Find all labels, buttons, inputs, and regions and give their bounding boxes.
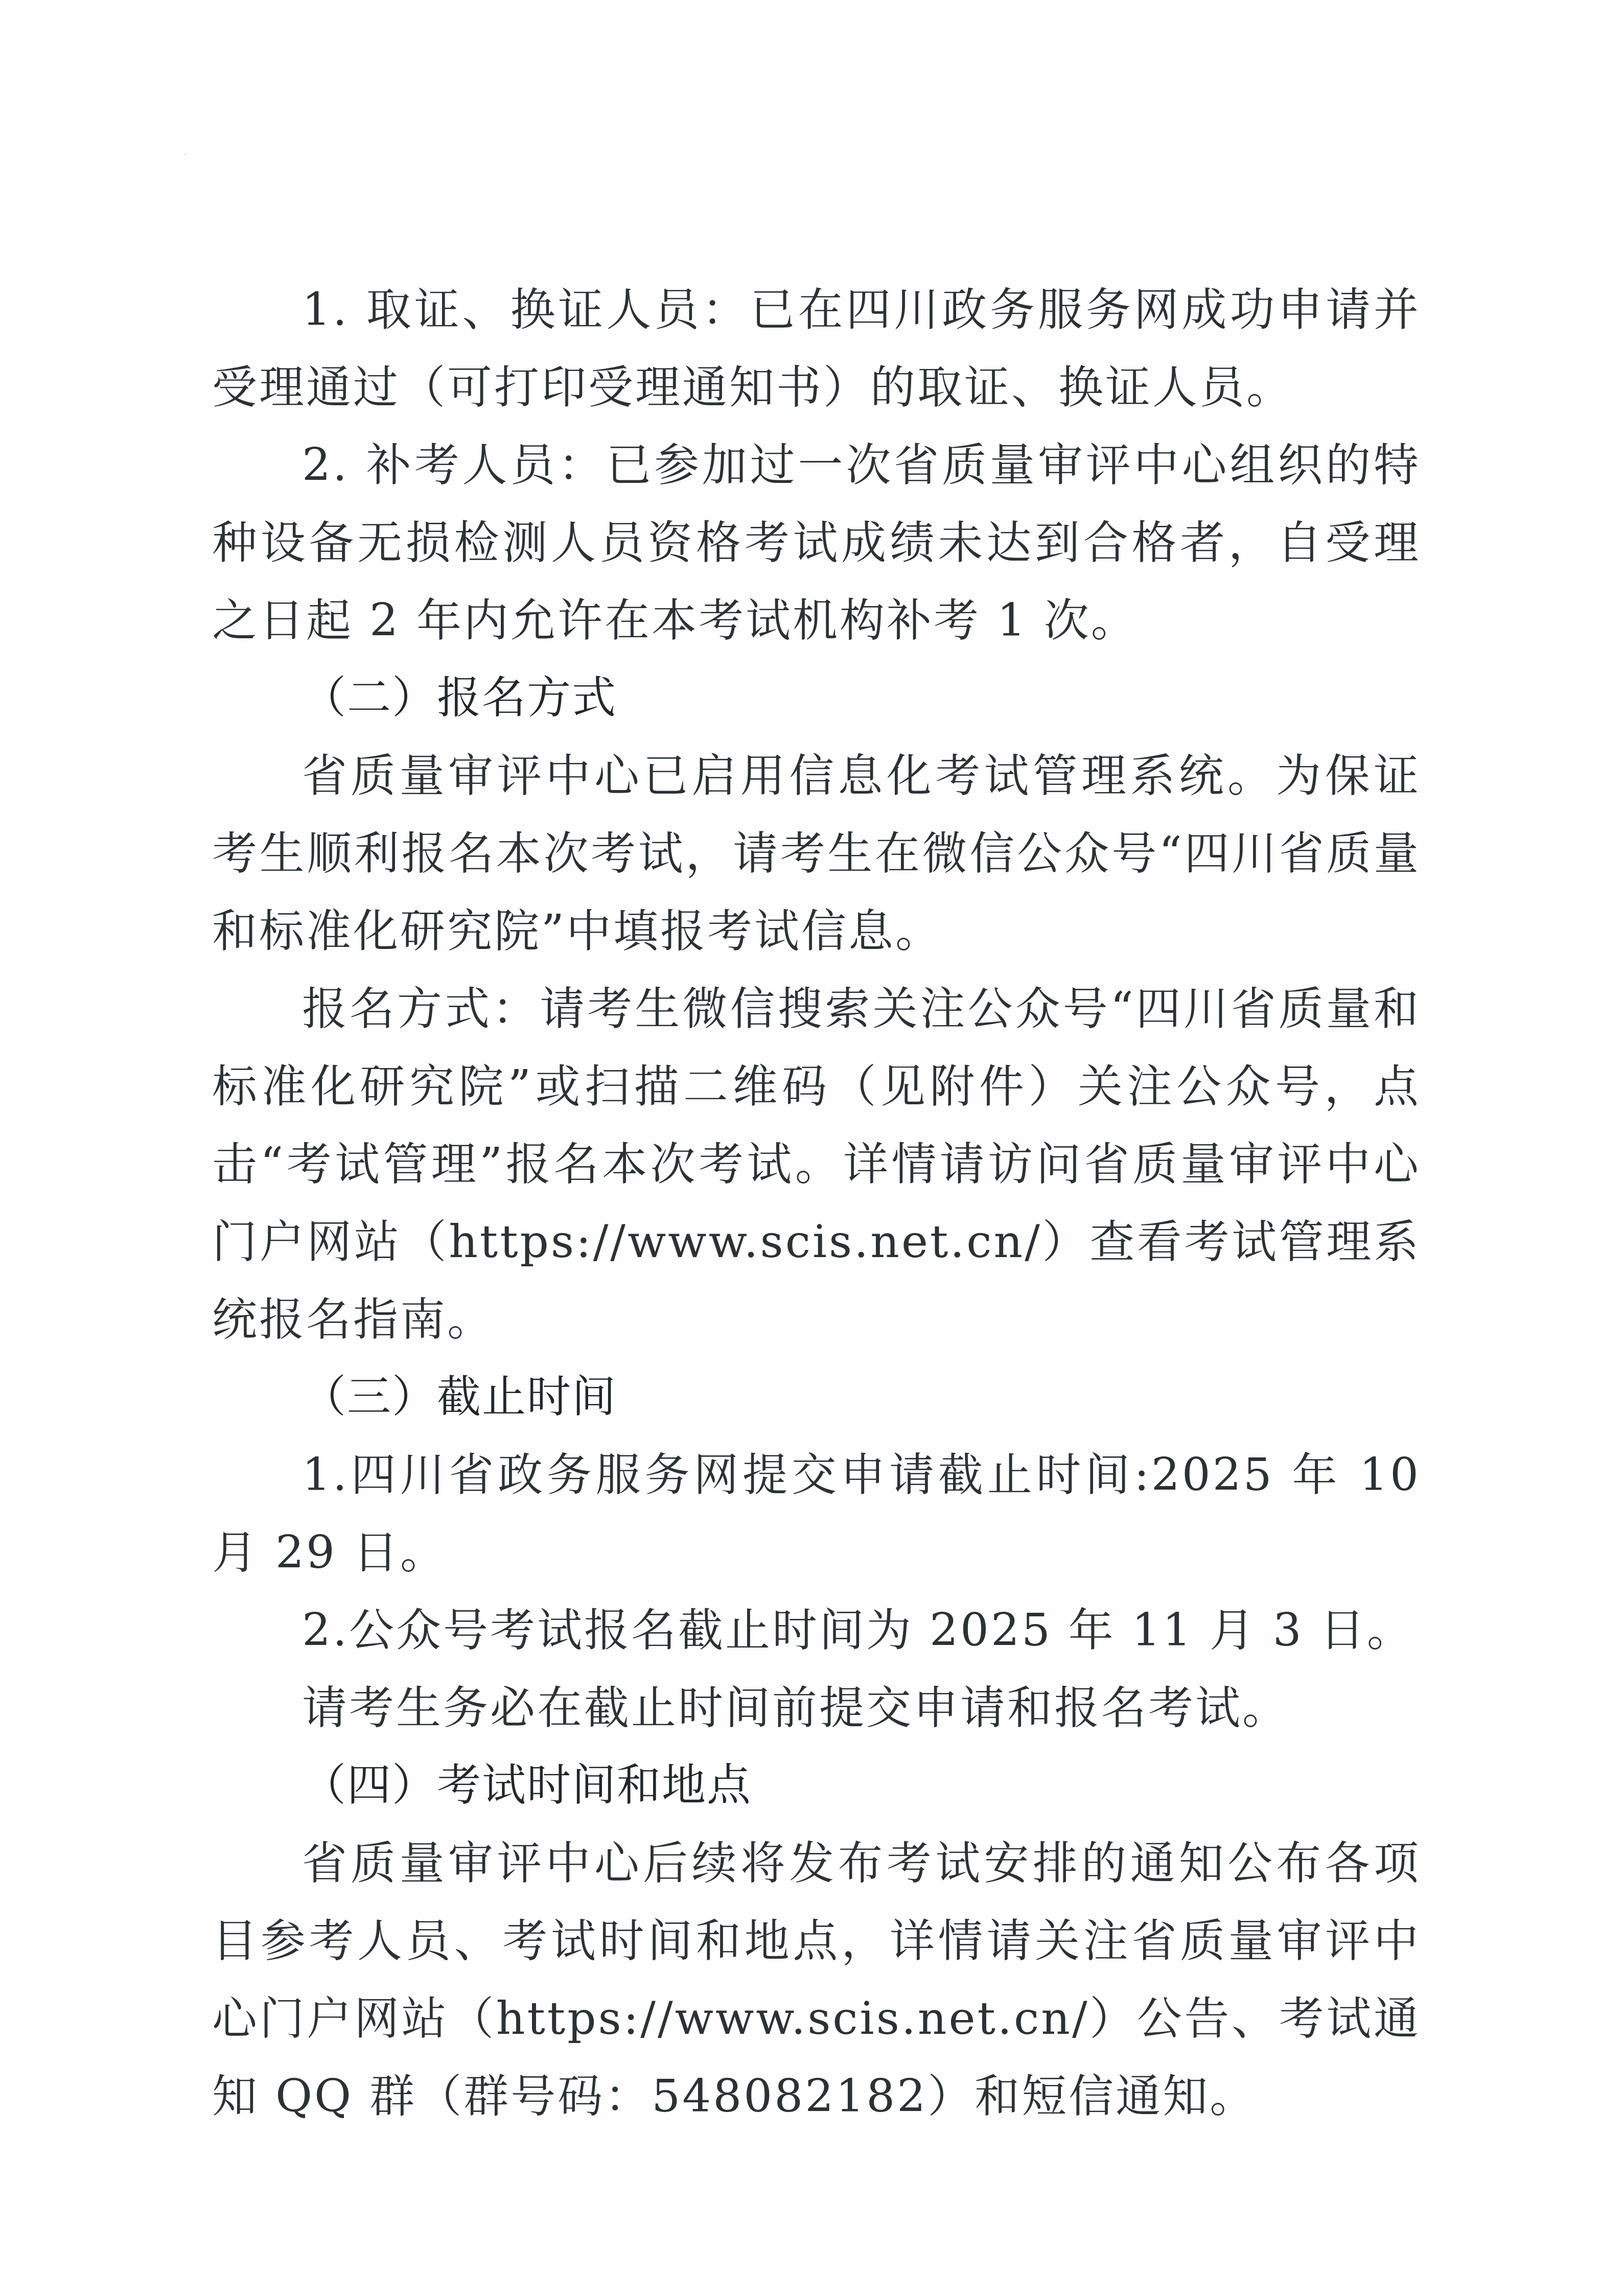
heading-exam-time-place: （四）考试时间和地点 — [212, 1747, 1421, 1824]
heading-deadline: （三）截止时间 — [212, 1358, 1421, 1436]
paragraph-registration-method: 报名方式：请考生微信搜索关注公众号“四川省质量和标准化研究院”或扫描二维码（见附… — [212, 970, 1421, 1358]
scan-artifact-dot — [583, 2075, 585, 2077]
document-page: 1. 取证、换证人员：已在四川政务服务网成功申请并受理通过（可打印受理通知书）的… — [0, 0, 1624, 2296]
paragraph-qualification-retake-exam: 2. 补考人员：已参加过一次省质量审评中心组织的特种设备无损检测人员资格考试成绩… — [212, 426, 1421, 659]
paragraph-registration-intro: 省质量审评中心已启用信息化考试管理系统。为保证考生顺利报名本次考试，请考生在微信… — [212, 737, 1421, 970]
paragraph-deadline-note: 请考生务必在截止时间前提交申请和报名考试。 — [212, 1669, 1421, 1747]
paragraph-qualification-retake-certificate: 1. 取证、换证人员：已在四川政务服务网成功申请并受理通过（可打印受理通知书）的… — [212, 271, 1421, 426]
paragraph-deadline-gov-service: 1.四川省政务服务网提交申请截止时间:2025 年 10 月 29 日。 — [212, 1436, 1421, 1591]
paragraph-deadline-wechat: 2.公众号考试报名截止时间为 2025 年 11 月 3 日。 — [212, 1591, 1421, 1669]
heading-registration-method: （二）报名方式 — [212, 659, 1421, 737]
document-body: 1. 取证、换证人员：已在四川政务服务网成功申请并受理通过（可打印受理通知书）的… — [212, 271, 1421, 2135]
scan-artifact-dot — [184, 153, 186, 155]
paragraph-exam-time-place: 省质量审评中心后续将发布考试安排的通知公布各项目参考人员、考试时间和地点，详情请… — [212, 1824, 1421, 2135]
